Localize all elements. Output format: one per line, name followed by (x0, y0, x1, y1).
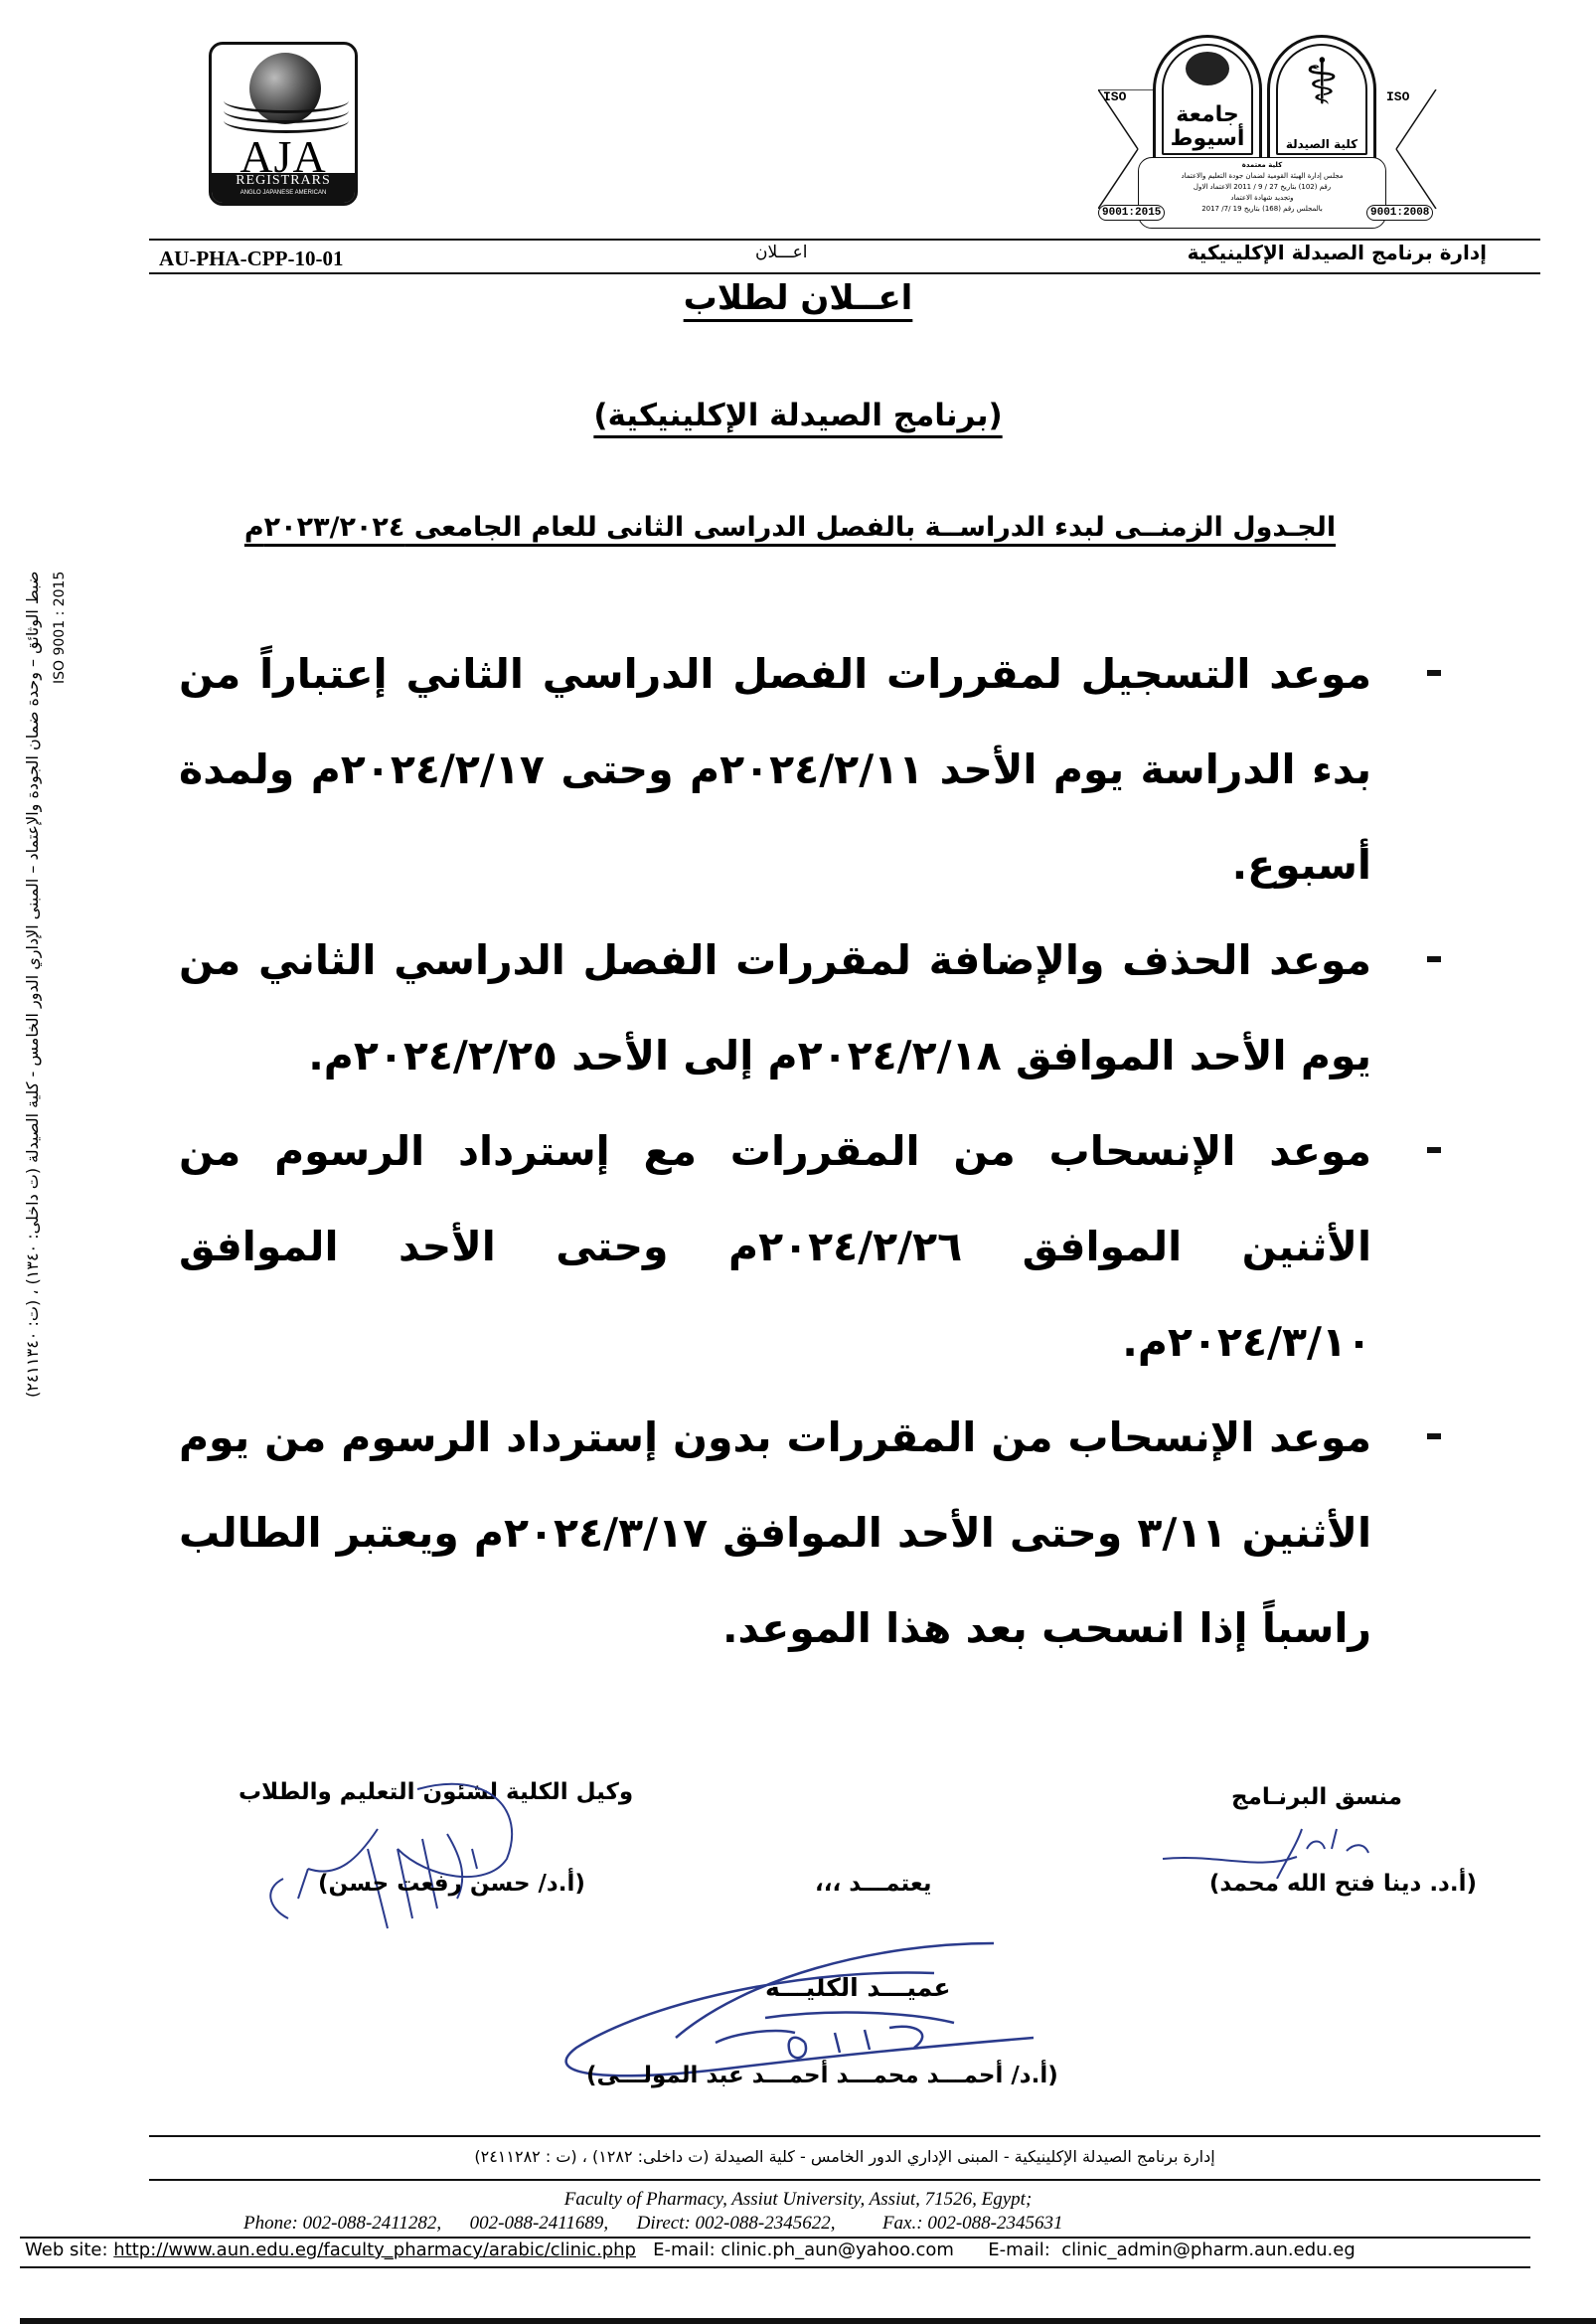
footer-rule (149, 2179, 1540, 2181)
header-bottom-rule (149, 272, 1540, 274)
phone-label: Phone: (243, 2213, 298, 2234)
bullet-dash-icon (1427, 1433, 1441, 1439)
footer-contact-line: Web site: http://www.aun.edu.eg/faculty_… (25, 2240, 1356, 2260)
footer-rule (20, 2237, 1530, 2239)
sun-icon (1186, 52, 1229, 85)
email-link-1[interactable]: clinic.ph_aun@yahoo.com (720, 2240, 954, 2260)
accreditation-line: كلية معتمدة (1139, 160, 1385, 171)
coordinator-name: (أ.د. دينا فتح الله محمد) (1209, 1871, 1477, 1897)
program-title-text: (برنامج الصيدلة الإكلينيكية) (593, 398, 1002, 433)
schedule-item-withdraw-refund: موعد الإنسحاب من المقررات مع إسترداد الر… (179, 1103, 1441, 1390)
coordinator-signature (1158, 1809, 1416, 1879)
aja-registrars-logo: AJA REGISTRARS ANGLO JAPANESE AMERICAN (209, 42, 358, 206)
assiut-university-pharmacy-logo: جامعة أسيوط ⚕ كلية الصيدلة ISO ISO كلية … (1098, 30, 1396, 229)
fax-label: Fax.: (882, 2213, 923, 2234)
schedule-title-text: الجـدول الزمنــى لبدء الدراســة بالفصل ا… (244, 512, 1336, 543)
accreditation-band: كلية معتمدة مجلس إدارة الهيئة القومية لض… (1138, 157, 1386, 229)
bullet-dash-icon (1427, 1147, 1441, 1153)
announcement-title: اعــلان لطلاب (0, 278, 1596, 318)
university-emblem: جامعة أسيوط (1153, 35, 1262, 164)
approval-label: يعتمـــد ،،، (815, 1871, 932, 1897)
website-link[interactable]: http://www.aun.edu.eg/faculty_pharmacy/a… (113, 2240, 636, 2260)
document-type: اعـــلان (755, 243, 807, 262)
aja-logo-band: REGISTRARS ANGLO JAPANESE AMERICAN (212, 173, 355, 203)
footer-arabic-address: إدارة برنامج الصيدلة الإكلينيكية - المبن… (149, 2147, 1540, 2166)
schedule-item-registration: موعد التسجيل لمقررات الفصل الدراسي الثان… (179, 626, 1441, 913)
iso-label-right: ISO (1386, 89, 1409, 104)
bullet-dash-icon (1427, 670, 1441, 676)
accreditation-line: وتجديد شهادة الاعتماد (1139, 193, 1385, 204)
iso-standard-left: 9001:2015 (1098, 205, 1165, 221)
iso-standard-right: 9001:2008 (1366, 205, 1433, 221)
announcement-title-text: اعــلان لطلاب (684, 278, 913, 318)
coordinator-title: منسق البرنـامج (1231, 1784, 1402, 1810)
schedule-title: الجـدول الزمنــى لبدء الدراســة بالفصل ا… (159, 512, 1421, 543)
aja-band-subtitle: ANGLO JAPANESE AMERICAN (212, 189, 355, 198)
website-label: Web site: (25, 2240, 108, 2260)
iso-right-wing (1378, 89, 1438, 209)
footer-rule (20, 2266, 1530, 2268)
side-note-text: ضبط الوثائق – وحدة ضمان الجودة والإعتماد… (22, 572, 44, 1705)
schedule-item-text: موعد التسجيل لمقررات الفصل الدراسي الثان… (179, 626, 1371, 913)
faculty-script: كلية الصيدلة (1280, 137, 1363, 151)
direct-number: 002-088-2345622, (696, 2213, 836, 2234)
program-title: (برنامج الصيدلة الإكلينيكية) (0, 398, 1596, 433)
university-script: جامعة أسيوط (1170, 103, 1245, 151)
dean-name: (أ.د/ أحمـــد محمـــد أحمـــد عبد المولـ… (586, 2063, 1058, 2088)
schedule-items: موعد التسجيل لمقررات الفصل الدراسي الثان… (179, 626, 1441, 1676)
side-document-control-note: ضبط الوثائق – وحدة ضمان الجودة والإعتماد… (22, 572, 81, 1705)
side-note-iso: ISO 9001 : 2015 (52, 572, 68, 1705)
page-bottom-edge (20, 2318, 1596, 2324)
orbit-ring-icon (224, 108, 349, 133)
aja-band-title: REGISTRARS (212, 173, 355, 189)
accreditation-line: بالمجلس رقم (168) بتاريخ 19 /7/ 2017 (1139, 204, 1385, 215)
schedule-item-text: موعد الإنسحاب من المقررات بدون إسترداد ا… (179, 1390, 1371, 1676)
schedule-item-text: موعد الإنسحاب من المقررات مع إسترداد الر… (179, 1103, 1371, 1390)
footer-phones: Phone: 002-088-2411282, 002-088-2411689,… (243, 2213, 1062, 2235)
email-link-2[interactable]: clinic_admin@pharm.aun.edu.eg (1061, 2240, 1356, 2260)
bullet-dash-icon (1427, 956, 1441, 962)
email-label-2: E-mail: (988, 2240, 1050, 2260)
schedule-item-withdraw-no-refund: موعد الإنسحاب من المقررات بدون إسترداد ا… (179, 1390, 1441, 1676)
accreditation-line: مجلس إدارة الهيئة القومية لضمان جودة الت… (1139, 171, 1385, 182)
document-code: AU-PHA-CPP-10-01 (159, 247, 343, 271)
footer-rule (149, 2135, 1540, 2137)
schedule-item-add-drop: موعد الحذف والإضافة لمقررات الفصل الدراس… (179, 913, 1441, 1103)
fax-number: 002-088-2345631 (927, 2213, 1062, 2234)
phone-number-1: 002-088-2411282, (303, 2213, 442, 2234)
dean-title: عميـــد الكليـــة (765, 1973, 951, 2002)
direct-label: Direct: (637, 2213, 691, 2234)
phone-number-2: 002-088-2411689, (470, 2213, 609, 2234)
schedule-item-text: موعد الحذف والإضافة لمقررات الفصل الدراس… (179, 913, 1371, 1103)
pharmacy-emblem: ⚕ كلية الصيدلة (1267, 35, 1376, 164)
accreditation-line: رقم (102) بتاريخ 27 / 9 / 2011 الاعتماد … (1139, 182, 1385, 193)
department-name: إدارة برنامج الصيدلة الإكلينيكية (1188, 241, 1487, 264)
bowl-of-hygieia-icon: ⚕ (1270, 48, 1373, 117)
vice-dean-name: (أ.د/ حسن رفعت حسن) (318, 1871, 585, 1897)
email-label-1: E-mail: (653, 2240, 716, 2260)
vice-dean-title: وكيل الكلية لشئون التعليم والطلاب (239, 1779, 633, 1805)
footer-english-address: Faculty of Pharmacy, Assiut University, … (0, 2189, 1596, 2211)
iso-label-left: ISO (1103, 89, 1126, 104)
